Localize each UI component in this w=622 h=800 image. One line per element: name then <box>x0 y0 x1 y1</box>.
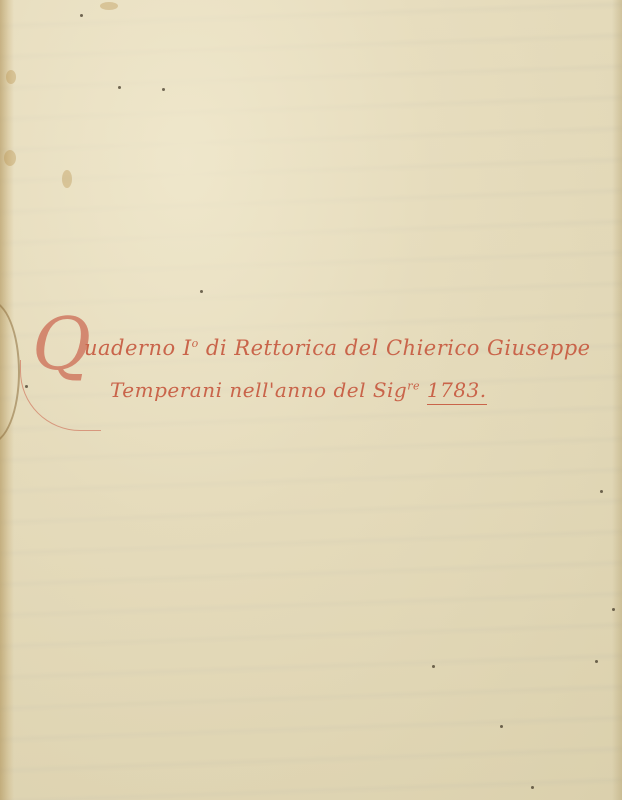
paper-speck <box>531 786 534 789</box>
paper-speck <box>612 608 615 611</box>
year: 1783. <box>427 378 487 405</box>
paper-speck <box>200 290 203 293</box>
paper-stain <box>4 150 16 166</box>
ordinal: Io <box>183 336 199 360</box>
manuscript-title: Q uaderno Io di Rettorica del Chierico G… <box>32 312 622 432</box>
binding-thread-arc <box>0 300 20 444</box>
paper-speck <box>595 660 598 663</box>
manuscript-page: Q uaderno Io di Rettorica del Chierico G… <box>0 0 622 800</box>
title-line-2: Temperani nell'anno del Sigre 1783. <box>110 378 487 402</box>
paper-speck <box>162 88 165 91</box>
title-line-2-text: Temperani nell'anno del Sig <box>110 378 407 402</box>
sig-abbrev-sup: re <box>407 379 420 392</box>
paper-speck <box>600 490 603 493</box>
decorated-initial: Q <box>32 308 91 380</box>
paper-speck <box>118 86 121 89</box>
paper-stain <box>62 170 72 188</box>
paper-speck <box>80 14 83 17</box>
title-line-1: uaderno Io di Rettorica del Chierico Giu… <box>84 336 591 360</box>
paper-speck <box>432 665 435 668</box>
title-line-1-text: di Rettorica del Chierico Giuseppe <box>206 336 591 360</box>
paper-speck <box>500 725 503 728</box>
paper-stain <box>6 70 16 84</box>
word-quaderno: uaderno <box>84 336 176 360</box>
paper-stain <box>100 2 118 10</box>
